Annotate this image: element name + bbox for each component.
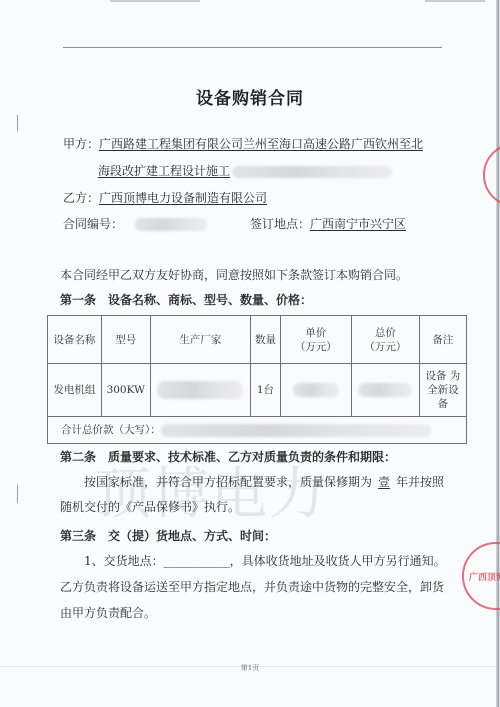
- article3-item1: 1、交货地点：___________，具体收货地址及收货人甲方另行通知。: [84, 552, 446, 569]
- table-total-row: 合计总价款（大写）：: [48, 417, 467, 444]
- company-seal: 人 电力: [483, 143, 500, 207]
- table-row: 发电机组 300KW 1台 设备 为 全新设 备: [48, 364, 467, 417]
- warranty-years: 壹: [372, 475, 396, 489]
- party-b-line: 乙方：广西顶博电力设备制造有限公司: [63, 189, 267, 206]
- sign-place-label: 签订地点：: [250, 217, 310, 231]
- sign-place-value: 广西南宁市兴宁区: [310, 217, 406, 231]
- party-a-label: 甲方：: [63, 137, 99, 151]
- article2-line1: 按国家标准，并符合甲方招标配置要求，质量保修期为壹年并按照: [84, 473, 444, 490]
- header-cell: 型号: [101, 316, 150, 364]
- party-a-line1: 甲方：广西路建工程集团有限公司兰州至海口高速公路广西钦州至北: [63, 135, 423, 152]
- cell-quantity: 1台: [251, 364, 281, 417]
- contract-page: 设备购销合同 甲方：广西路建工程集团有限公司兰州至海口高速公路广西钦州至北 海段…: [0, 0, 500, 707]
- header-unit: （万元）: [352, 340, 419, 354]
- header-rule: [63, 47, 442, 48]
- article2-heading: 第二条 质量要求、技术标准、乙方对质量负责的条件和期限：: [60, 448, 396, 465]
- total-label: 合计总价款（大写）：: [61, 424, 161, 436]
- cell-unit-price: [280, 364, 351, 417]
- article2-line2: 随机交付的《产品保修书》执行。: [60, 498, 240, 515]
- article1-heading: 第一条 设备名称、商标、型号、数量、价格：: [60, 291, 312, 308]
- cell-manufacturer: [150, 364, 251, 417]
- cell-model: 300KW: [101, 364, 150, 417]
- delivery-note: ，具体收货地址及收货人甲方另行通知。: [230, 554, 446, 568]
- article3-heading: 第三条 交（提）货地点、方式、时间：: [60, 527, 276, 544]
- seal-text: 广西顶博电力: [469, 570, 500, 583]
- article2-text: 年并按照: [396, 475, 444, 489]
- redacted-total-amount: [161, 424, 431, 437]
- header-cell: 设备名称: [48, 316, 102, 364]
- redacted-total-price: [358, 383, 412, 397]
- equipment-table: 设备名称 型号 生产厂家 数量 单价 （万元） 总价 （万元） 备注 发电机组 …: [47, 315, 467, 444]
- page-number: 第1页: [0, 663, 500, 673]
- article2-text: 按国家标准，并符合甲方招标配置要求，质量保修期为: [84, 475, 372, 489]
- total-cell: 合计总价款（大写）：: [48, 417, 467, 444]
- table-header-row: 设备名称 型号 生产厂家 数量 单价 （万元） 总价 （万元） 备注: [48, 316, 467, 364]
- header-label: 总价: [352, 326, 419, 340]
- header-cell-unit-price: 单价 （万元）: [280, 316, 351, 364]
- company-seal: 广西顶博电力: [462, 542, 500, 610]
- delivery-place-blank: ___________: [164, 554, 230, 568]
- binding-mark: [17, 485, 18, 503]
- header-cell: 数量: [251, 316, 281, 364]
- cell-total-price: [352, 364, 420, 417]
- party-a-name: 广西路建工程集团有限公司兰州至海口高速公路广西钦州至北: [99, 137, 423, 151]
- header-label: 单价: [281, 326, 351, 340]
- header-cell: 生产厂家: [150, 316, 251, 364]
- cell-remark: 设备 为 全新设 备: [419, 364, 466, 417]
- article3-line2: 乙方负责将设备运送至甲方指定地点，并负责途中货物的完整安全，卸货: [60, 578, 444, 595]
- header-cell-total-price: 总价 （万元）: [352, 316, 420, 364]
- cell-name: 发电机组: [48, 364, 102, 417]
- scan-shadow: [425, 0, 485, 2]
- redacted-contract-no: [135, 218, 207, 231]
- redacted-unit-price: [293, 383, 339, 397]
- header-unit: （万元）: [281, 340, 351, 354]
- contract-no-label: 合同编号：: [63, 217, 123, 231]
- intro-text: 本合同经甲乙双方友好协商，同意按照如下条款签订本购销合同。: [60, 266, 408, 283]
- article3-line3: 由甲方负责配合。: [60, 604, 156, 621]
- document-title: 设备购销合同: [0, 84, 500, 109]
- party-a-line2: 海段改扩建工程设计施工: [98, 162, 392, 179]
- binding-mark: [17, 115, 18, 131]
- sign-place-line: 签订地点：广西南宁市兴宁区: [250, 215, 406, 232]
- contract-no-line: 合同编号：: [63, 215, 207, 232]
- header-cell: 备注: [419, 316, 466, 364]
- party-a-name-cont: 海段改扩建工程设计施工: [98, 164, 230, 178]
- delivery-place-label: 1、交货地点：: [84, 554, 164, 568]
- redacted-manufacturer: [157, 381, 243, 399]
- party-b-label: 乙方：: [63, 191, 99, 205]
- redacted-text: [232, 166, 392, 178]
- party-b-name: 广西顶博电力设备制造有限公司: [99, 191, 267, 205]
- scan-shadow: [110, 0, 200, 2]
